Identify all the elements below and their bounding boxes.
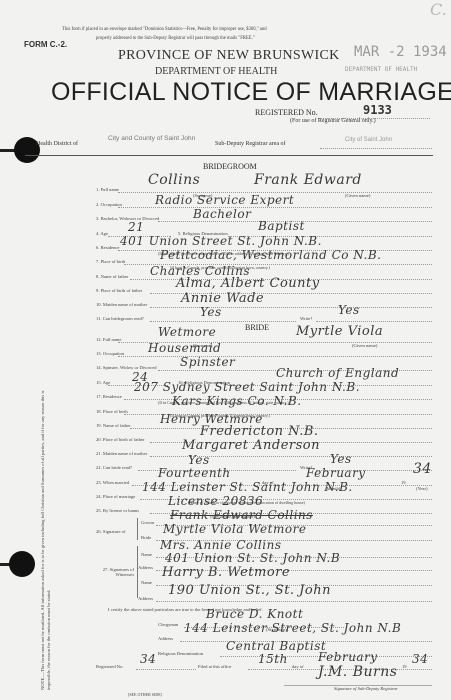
- form-id: FORM C.-2.: [24, 40, 67, 49]
- registered-no-label: Registered No.: [96, 664, 124, 669]
- groom-given-caption: (Given name): [345, 193, 370, 198]
- postal-note-line-1: This form if placed in an envelope marke…: [62, 27, 267, 32]
- registered-no-value[interactable]: 34: [140, 652, 156, 666]
- clergyman-religion-label: Religious Denomination: [158, 651, 203, 656]
- witness1-address-label: Address: [138, 565, 153, 570]
- witnesses-brace: [137, 546, 138, 598]
- witness2-address-line: [156, 601, 432, 602]
- groom-father-birthplace-label: 9. Place of birth of father: [96, 288, 142, 293]
- groom-birthplace[interactable]: Petitcodiac, Westmorland Co N.B.: [160, 248, 381, 262]
- filed-year-prefix: 19: [402, 664, 407, 669]
- witness1-address[interactable]: 401 Union St. St. John N.B: [165, 551, 340, 565]
- bride-religion[interactable]: Church of England: [276, 366, 399, 380]
- bride-mother[interactable]: Margaret Anderson: [182, 438, 320, 453]
- marriage-year-caption: (Year): [416, 486, 428, 491]
- groom-father-label: 8. Name of father: [96, 274, 128, 279]
- groom-full-name-label: 1. Full name: [96, 187, 119, 192]
- witness2-address[interactable]: 190 Union St., St. John: [168, 583, 331, 598]
- marriage-month[interactable]: February: [306, 466, 366, 480]
- registrar-area-value: City of Saint John: [345, 137, 392, 143]
- groom-status[interactable]: Bachelor: [193, 207, 251, 221]
- marriage-year[interactable]: 34: [413, 461, 432, 477]
- bride-father-label: 19. Name of father: [96, 423, 131, 428]
- bride-father-birthplace-label: 20. Place of birth of father: [96, 437, 144, 442]
- bride-read[interactable]: Yes: [188, 453, 210, 467]
- see-other-side-note: [SEE OTHER SIDE]: [128, 692, 162, 697]
- filed-year[interactable]: 34: [412, 652, 428, 666]
- groom-given-name[interactable]: Frank Edward: [254, 172, 362, 188]
- bridegroom-heading: BRIDEGROOM: [203, 162, 257, 171]
- bride-read-label: 22. Can bride read?: [96, 465, 132, 470]
- license-label: 25. By license or banns: [96, 508, 139, 513]
- department-heading: DEPARTMENT OF HEALTH: [155, 66, 277, 77]
- bride-status[interactable]: Spinster: [180, 355, 235, 369]
- marriage-day[interactable]: Fourteenth: [158, 466, 231, 480]
- groom-age[interactable]: 21: [128, 220, 144, 234]
- bride-given-caption: (Given name): [352, 343, 377, 348]
- district-divider: [25, 155, 433, 156]
- received-stamp-department: DEPARTMENT OF HEALTH: [345, 66, 417, 73]
- bride-write[interactable]: Yes: [330, 452, 352, 466]
- groom-signature[interactable]: Frank Edward Collins: [170, 508, 313, 522]
- witness2-name[interactable]: Harry B. Wetmore: [162, 565, 290, 580]
- binder-hole-bottom: [9, 551, 35, 577]
- registrar-general-note: (For use of Registrar General only.): [290, 118, 376, 124]
- place-of-marriage[interactable]: 144 Leinster St. Saint John N.B.: [142, 480, 353, 494]
- registrar-area-line: [320, 148, 432, 149]
- bride-birthplace-label: 18. Place of birth: [96, 409, 128, 414]
- registered-number-value: 9133: [363, 103, 392, 117]
- bride-occupation[interactable]: Housemaid: [148, 341, 221, 355]
- groom-occupation-line: [118, 207, 432, 208]
- bride-mother-label: 21. Maiden name of mother: [96, 451, 147, 456]
- marriage-notice-document: C. This form if placed in an envelope ma…: [0, 0, 451, 700]
- signature-of-label: 26. Signature of: [96, 529, 125, 534]
- groom-surname[interactable]: Collins: [148, 172, 200, 188]
- received-stamp-date: MAR -2 1934: [354, 44, 447, 60]
- registered-no-line: [136, 669, 196, 670]
- witnesses-label: 27. Signatures of Witnesses: [96, 567, 134, 577]
- groom-write-line: [316, 321, 432, 322]
- bride-occupation-line: [118, 356, 432, 357]
- license-value[interactable]: License 20836: [168, 494, 263, 508]
- witness1-name-label: Name: [141, 552, 152, 557]
- groom-age-label: 4. Age: [96, 231, 108, 236]
- witness2-name-label: Name: [141, 580, 152, 585]
- bride-father-birthplace[interactable]: Fredericton N.B.: [200, 424, 319, 439]
- groom-read-label: 11. Can bridegroom read?: [96, 316, 144, 321]
- corner-mark: C.: [430, 0, 447, 19]
- groom-mother[interactable]: Annie Wade: [181, 291, 264, 306]
- bride-signature[interactable]: Myrtle Viola Wetmore: [163, 522, 306, 536]
- groom-signature-label: Groom: [141, 520, 154, 525]
- groom-write-label: Write?: [300, 316, 312, 321]
- filed-month[interactable]: February: [318, 650, 378, 664]
- groom-birthplace-label: 7. Place of birth: [96, 259, 125, 264]
- health-district-value: City and County of Saint John: [108, 135, 195, 142]
- postal-note-line-2: properly addressed to the Sub-Deputy Reg…: [96, 36, 255, 41]
- clergyman-label: Clergyman: [158, 622, 178, 627]
- clergyman-address-label: Address: [158, 636, 173, 641]
- witness2-address-label: Address: [138, 596, 153, 601]
- bride-given-name[interactable]: Myrtle Viola: [296, 324, 383, 339]
- filed-day-of: day of: [292, 664, 304, 669]
- place-of-marriage-label: 24. Place of marriage: [96, 494, 135, 499]
- side-instruction-note: NOTE.—This form must not be mutilated. A…: [40, 390, 52, 690]
- filed-label: Filed at this office: [198, 664, 231, 669]
- registrar-area-label: Sub-Deputy Registrar area of: [215, 141, 285, 147]
- bride-heading: BRIDE: [245, 323, 269, 332]
- province-heading: PROVINCE OF NEW BRUNSWICK: [118, 48, 340, 64]
- registrar-signature-caption: Signature of Sub-Deputy Registrar: [334, 686, 398, 691]
- groom-religion[interactable]: Baptist: [258, 219, 305, 233]
- bride-residence-label: 17. Residence: [96, 394, 122, 399]
- bride-surname[interactable]: Wetmore: [158, 325, 216, 339]
- groom-read[interactable]: Yes: [200, 305, 222, 319]
- groom-read-line: [150, 321, 296, 322]
- bride-birthplace[interactable]: Kars Kings Co. N.B.: [172, 394, 302, 408]
- when-married-label: 23. When married: [96, 480, 129, 485]
- marriage-year-prefix: 19: [401, 480, 406, 485]
- groom-father-birthplace[interactable]: Alma, Albert County: [176, 276, 320, 291]
- groom-write[interactable]: Yes: [338, 303, 360, 317]
- groom-mother-line: [150, 307, 432, 308]
- groom-mother-label: 10. Maiden name of mother: [96, 302, 147, 307]
- clergyman-address[interactable]: 144 Leinster Street, St. John N.B: [184, 621, 401, 635]
- clergyman-religion[interactable]: Central Baptist: [226, 639, 326, 653]
- bride-residence[interactable]: 207 Sydney Street Saint John N.B.: [134, 380, 360, 394]
- bride-signature-label: Bride: [141, 535, 151, 540]
- groom-occupation[interactable]: Radio Service Expert: [155, 193, 294, 207]
- registered-number-label: REGISTERED No.: [255, 108, 318, 117]
- signature-brace: [137, 518, 138, 540]
- groom-residence[interactable]: 401 Union Street St. John N.B.: [120, 234, 322, 248]
- witness1-name[interactable]: Mrs. Annie Collins: [160, 538, 282, 552]
- clergyman-signature[interactable]: Bruce D. Knott: [206, 607, 303, 621]
- registrar-signature[interactable]: J.M. Burns: [318, 664, 397, 680]
- health-district-label: Health District of: [36, 141, 78, 147]
- filed-day[interactable]: 15th: [258, 652, 288, 666]
- groom-residence-label: 6. Residence: [96, 245, 119, 250]
